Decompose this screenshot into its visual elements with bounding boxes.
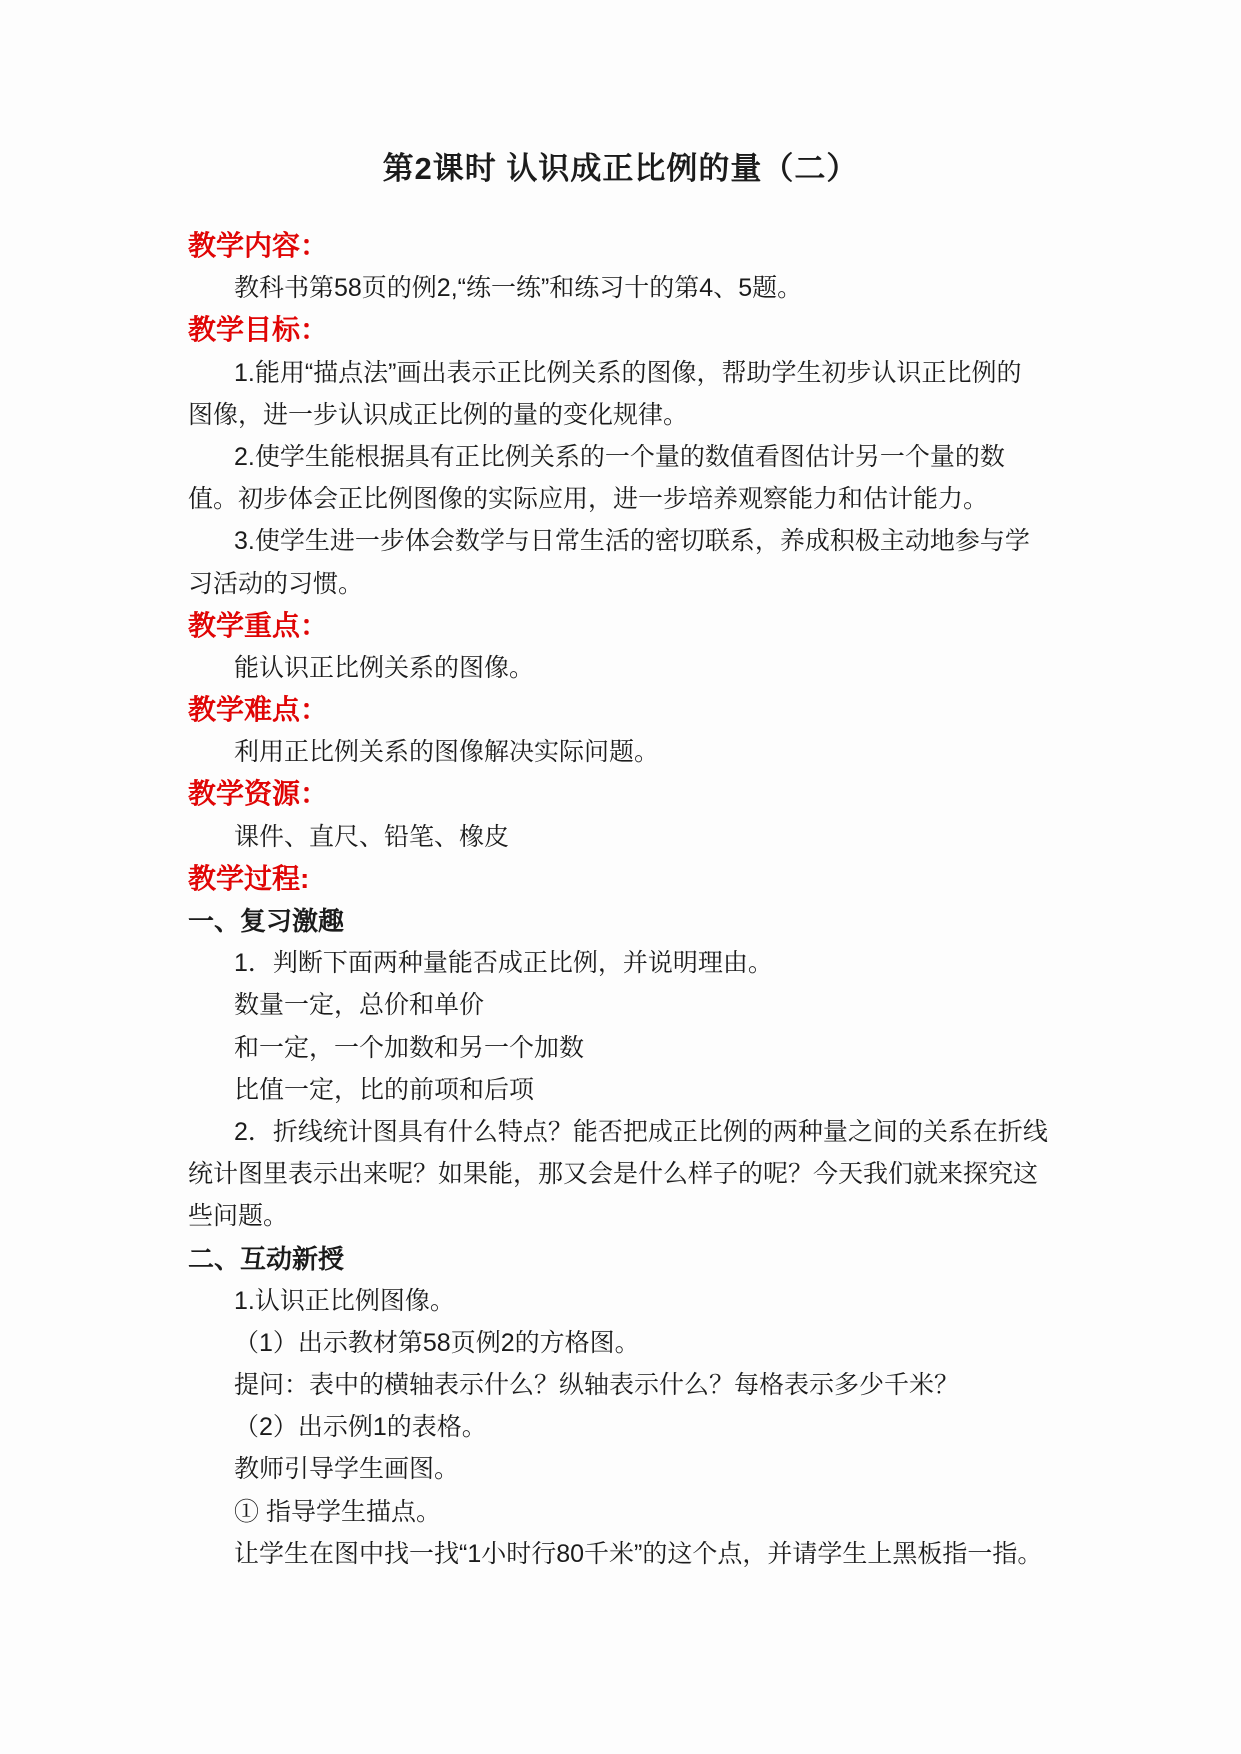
text-line: 比值一定，比的前项和后项 bbox=[188, 1069, 1068, 1111]
section-heading-red: 教学过程: bbox=[188, 858, 1068, 900]
text-line: 1.能用“描点法”画出表示正比例关系的图像，帮助学生初步认识正比例的 bbox=[188, 352, 1068, 394]
section-heading: 一、复习激趣 bbox=[188, 900, 1068, 942]
text-line: 3.使学生进一步体会数学与日常生活的密切联系，养成积极主动地参与学 bbox=[188, 520, 1068, 562]
text-line: 2．折线统计图具有什么特点？能否把成正比例的两种量之间的关系在折线 bbox=[188, 1111, 1068, 1153]
text-line: 和一定，一个加数和另一个加数 bbox=[188, 1027, 1068, 1069]
text-line: 1.认识正比例图像。 bbox=[188, 1280, 1068, 1322]
text-line: 课件、直尺、铅笔、橡皮 bbox=[188, 816, 1068, 858]
text-line: 2.使学生能根据具有正比例关系的一个量的数值看图估计另一个量的数 bbox=[188, 436, 1068, 478]
text-line: 统计图里表示出来呢？如果能，那又会是什么样子的呢？今天我们就来探究这 bbox=[188, 1153, 1068, 1195]
text-line: ① 指导学生描点。 bbox=[188, 1491, 1068, 1533]
section-heading-red: 教学重点： bbox=[188, 605, 1068, 647]
document-page: 第2课时 认识成正比例的量（二） 教学内容：教科书第58页的例2,“练一练”和练… bbox=[0, 0, 1241, 1754]
text-line: 利用正比例关系的图像解决实际问题。 bbox=[188, 731, 1068, 773]
document-body: 教学内容：教科书第58页的例2,“练一练”和练习十的第4、5题。教学目标：1.能… bbox=[188, 225, 1068, 1575]
page-title: 第2课时 认识成正比例的量（二） bbox=[0, 143, 1241, 188]
text-line: （2）出示例1的表格。 bbox=[188, 1406, 1068, 1448]
text-line: 教师引导学生画图。 bbox=[188, 1448, 1068, 1490]
section-heading: 二、互动新授 bbox=[188, 1238, 1068, 1280]
text-line: 1．判断下面两种量能否成正比例，并说明理由。 bbox=[188, 942, 1068, 984]
text-line: 数量一定，总价和单价 bbox=[188, 984, 1068, 1026]
section-heading-red: 教学资源： bbox=[188, 773, 1068, 815]
text-line: 提问：表中的横轴表示什么？纵轴表示什么？每格表示多少千米？ bbox=[188, 1364, 1068, 1406]
text-line: 些问题。 bbox=[188, 1195, 1068, 1237]
text-line: 习活动的习惯。 bbox=[188, 563, 1068, 605]
text-line: 能认识正比例关系的图像。 bbox=[188, 647, 1068, 689]
section-heading-red: 教学目标： bbox=[188, 309, 1068, 351]
text-line: 值。初步体会正比例图像的实际应用，进一步培养观察能力和估计能力。 bbox=[188, 478, 1068, 520]
text-line: （1）出示教材第58页例2的方格图。 bbox=[188, 1322, 1068, 1364]
text-line: 让学生在图中找一找“1小时行80千米”的这个点，并请学生上黑板指一指。 bbox=[188, 1533, 1068, 1575]
section-heading-red: 教学内容： bbox=[188, 225, 1068, 267]
text-line: 图像，进一步认识成正比例的量的变化规律。 bbox=[188, 394, 1068, 436]
text-line: 教科书第58页的例2,“练一练”和练习十的第4、5题。 bbox=[188, 267, 1068, 309]
section-heading-red: 教学难点： bbox=[188, 689, 1068, 731]
